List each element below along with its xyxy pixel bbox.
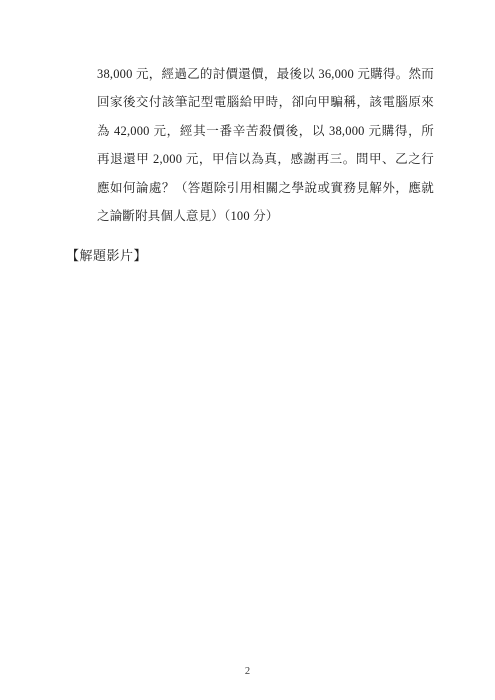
question-line: 回家後交付該筆記型電腦給甲時，卻向甲騙稱，該電腦原來定價 <box>97 88 434 116</box>
question-line: 之論斷附具個人意見）（100 分） <box>97 202 434 230</box>
page-number: 2 <box>0 665 495 679</box>
document-page: 38,000 元，經過乙的討價還價，最後以 36,000 元購得。然而乙 回家後… <box>0 0 495 700</box>
question-line: 為 42,000 元，經其一番辛苦殺價後，以 38,000 元購得，所以他 <box>97 117 434 145</box>
solution-video-link[interactable]: 【解題影片】 <box>66 247 147 264</box>
question-line: 應如何論處？（答題除引用相關之學說或實務見解外，應就本案 <box>97 174 434 202</box>
question-text: 38,000 元，經過乙的討價還價，最後以 36,000 元購得。然而乙 回家後… <box>97 60 434 230</box>
question-line: 38,000 元，經過乙的討價還價，最後以 36,000 元購得。然而乙 <box>97 60 434 88</box>
question-line: 再退還甲 2,000 元，甲信以為真，感謝再三。問甲、乙之行為各 <box>97 145 434 173</box>
